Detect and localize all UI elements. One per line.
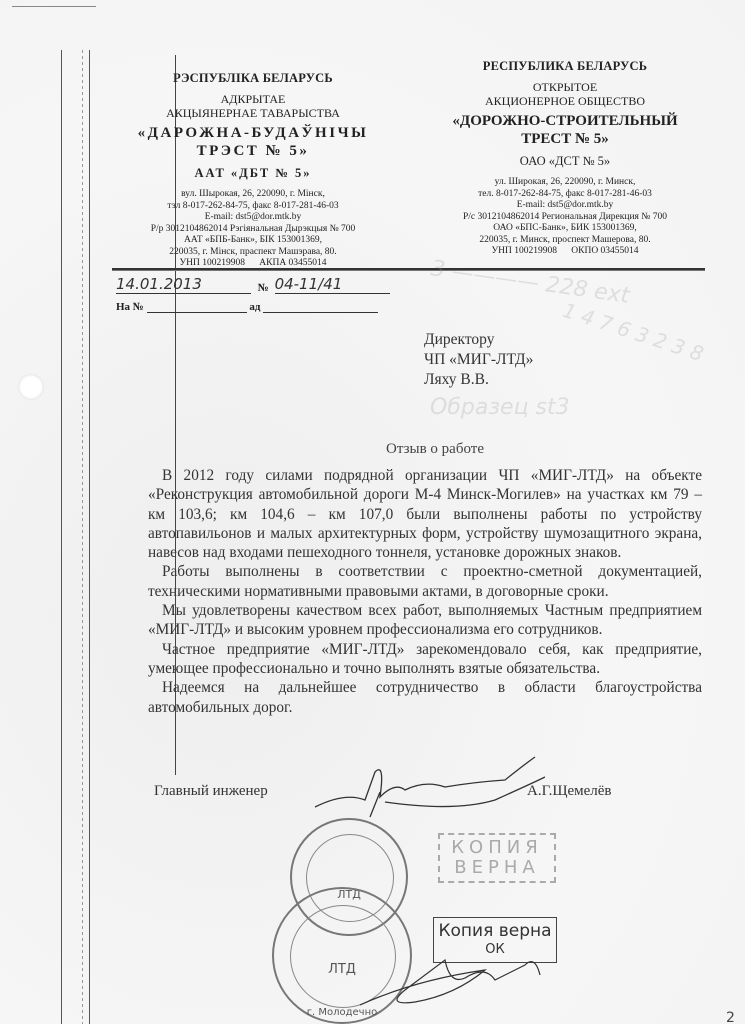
faint-handwriting: 1 4 7 6 3 2 3 8 [560,298,707,366]
email-line: E-mail: dst5@dor.mtk.by [118,212,388,224]
org-name-by-1: «ДАРОЖНА-БУДАЎНІЧЫ [118,124,388,142]
letter-number: 04-11/41 [275,275,390,294]
bank-account-line: Р/р 3012104862014 Рэгіянальная Дырэкцыя … [118,224,388,236]
letter-body: В 2012 году силами подрядной организации… [148,466,702,717]
reply-date-blank [263,300,378,313]
addressee-name: Ляху В.В. [424,370,533,390]
org-short-ru: ОАО «ДСТ № 5» [440,154,690,169]
tax-id-line: УНП 100219908 ОКПО 03455014 [440,246,690,258]
address-block-ru: ул. Широкая, 26, 220090, г. Минск, тел. … [440,177,690,258]
addressee-position: Директору [424,330,533,350]
phone-line: тэл 8-017-262-84-75, факс 8-017-281-46-0… [118,201,388,213]
org-name-by-2: ТРЭСТ № 5» [118,142,388,160]
number-label: № [258,282,269,294]
reply-label: На № [116,301,144,313]
reply-from-label: ад [249,301,260,313]
bank-line: ААТ «БПБ-Банк», БІК 153001369, [118,235,388,247]
letter-date: 14.01.2013 [116,275,251,294]
scan-artifact-line [12,6,96,7]
incoming-reference: На № ад [116,300,378,313]
org-type-by-1: АДКРЫТАЕ [118,92,388,106]
page-number: 2 [726,1010,735,1024]
document-title: Отзыв о работе [0,441,745,458]
body-paragraph: Работы выполнены в соответствии с проект… [148,562,702,601]
bank-account-line: Р/с 3012104862014 Региональная Дирекция … [440,212,690,224]
bank-line: ОАО «БПС-Банк», БИК 153001369, [440,223,690,235]
addressee-block: Директору ЧП «МИГ-ЛТД» Ляху В.В. [424,330,533,390]
punch-hole [18,374,44,400]
signer-position: Главный инженер [154,783,268,800]
letterhead-divider [112,268,705,272]
address-line: вул. Шырокая, 26, 220090, г. Мінск, [118,189,388,201]
bank-address-line: 220035, г. Минск, проспект Машерова, 80. [440,235,690,247]
country-by: РЭСПУБЛІКА БЕЛАРУСЬ [118,71,388,86]
email-line: E-mail: dst5@dor.mtk.by [440,200,690,212]
faint-handwriting: 3 ———— 228 ext [429,256,631,309]
org-name-ru-2: ТРЕСТ № 5» [440,130,690,148]
reply-number-blank [147,300,247,313]
phone-line: тел. 8-017-262-84-75, факс 8-017-281-46-… [440,189,690,201]
bank-address-line: 220035, г. Мінск, праспект Машэрава, 80. [118,247,388,259]
org-type-by-2: АКЦЫЯНЕРНАЕ ТАВАРЫСТВА [118,106,388,120]
scanned-document-page: РЭСПУБЛІКА БЕЛАРУСЬ АДКРЫТАЕ АКЦЫЯНЕРНАЕ… [0,0,745,1024]
letterhead-russian: РЕСПУБЛИКА БЕЛАРУСЬ ОТКРЫТОЕ АКЦИОНЕРНОЕ… [440,59,690,258]
org-type-ru-2: АКЦИОНЕРНОЕ ОБЩЕСТВО [440,94,690,108]
country-ru: РЕСПУБЛИКА БЕЛАРУСЬ [440,59,690,74]
body-paragraph: Надеемся на дальнейшее сотрудничество в … [148,678,702,717]
body-paragraph: Мы удовлетворены качеством всех работ, в… [148,601,702,640]
org-type-ru-1: ОТКРЫТОЕ [440,80,690,94]
margin-line-dashed [82,50,83,1024]
body-paragraph: В 2012 году силами подрядной организации… [148,466,702,562]
certification-signature-icon [355,950,555,1010]
outgoing-registration: 14.01.2013 № 04-11/41 [116,275,390,294]
copy-stamp-title: Копия верна [434,920,556,942]
address-line: ул. Широкая, 26, 220090, г. Минск, [440,177,690,189]
copy-certified-stamp-faded: КОПИЯ ВЕРНА [438,833,556,883]
address-block-by: вул. Шырокая, 26, 220090, г. Мінск, тэл … [118,189,388,270]
margin-line [89,50,90,1024]
addressee-company: ЧП «МИГ-ЛТД» [424,350,533,370]
body-paragraph: Частное предприятие «МИГ-ЛТД» зарекоменд… [148,640,702,679]
letterhead-belarusian: РЭСПУБЛІКА БЕЛАРУСЬ АДКРЫТАЕ АКЦЫЯНЕРНАЕ… [118,71,388,270]
signer-name: А.Г.Щемелёв [527,783,611,800]
org-name-ru-1: «ДОРОЖНО-СТРОИТЕЛЬНЫЙ [440,112,690,130]
signature-icon [305,752,545,822]
org-short-by: ААТ «ДБТ № 5» [118,166,388,181]
margin-line [61,50,62,1024]
faint-handwriting: Образец st3 [430,395,570,420]
